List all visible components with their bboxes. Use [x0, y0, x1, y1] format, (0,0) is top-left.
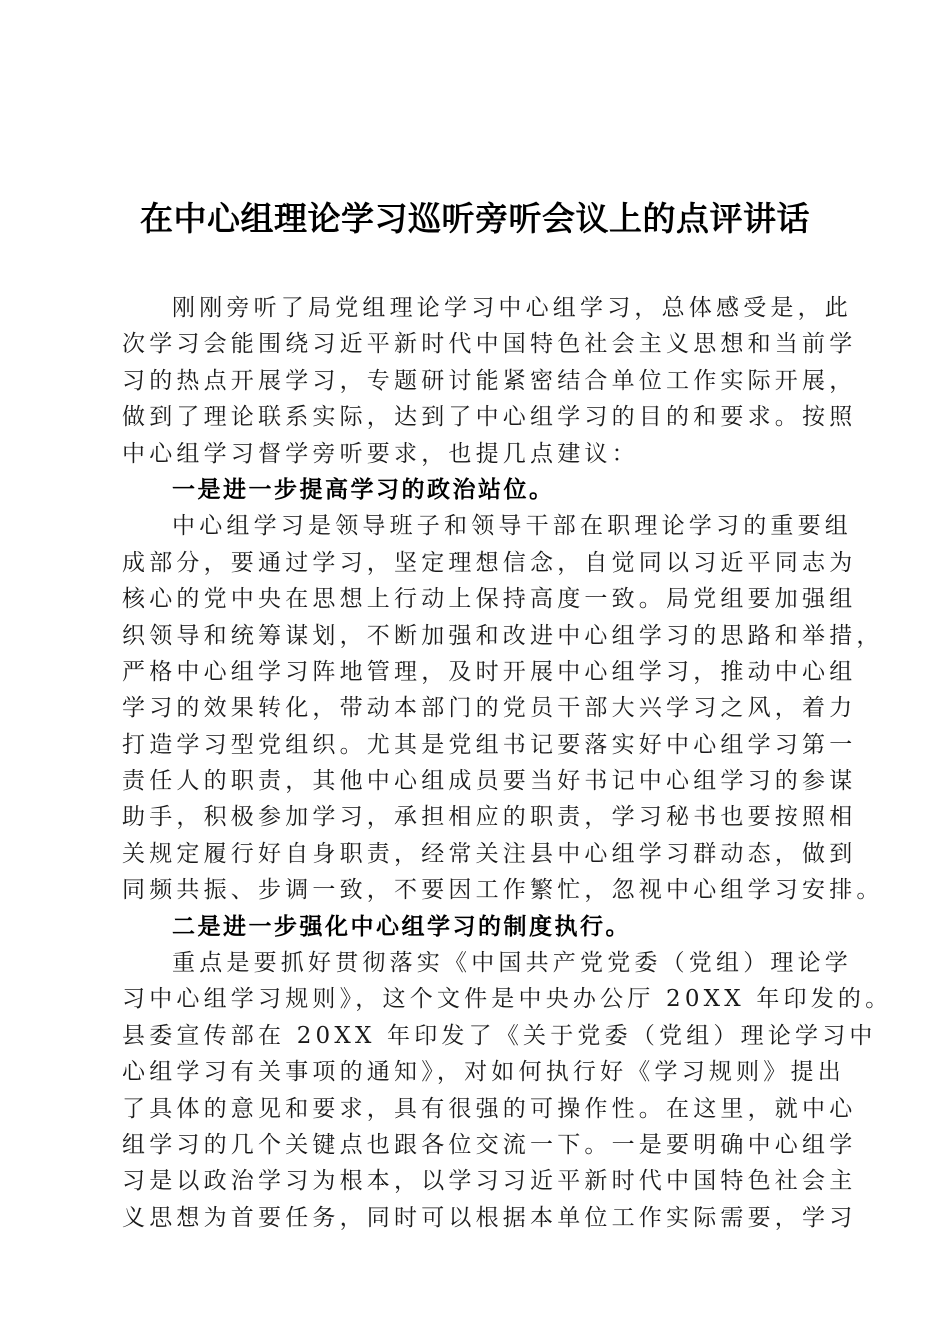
paragraph-line: 做到了理论联系实际，达到了中心组学习的目的和要求。按照	[122, 399, 832, 435]
paragraph-line: 中心组学习是领导班子和领导干部在职理论学习的重要组	[122, 508, 832, 544]
paragraph-line: 了具体的意见和要求，具有很强的可操作性。在这里，就中心	[122, 1091, 832, 1127]
document-page: 在中心组理论学习巡听旁听会议上的点评讲话 刚刚旁听了局党组理论学习中心组学习，总…	[0, 0, 950, 1344]
section-heading-line: 二是进一步强化中心组学习的制度执行。	[122, 909, 832, 945]
paragraph-line: 心组学习有关事项的通知》，对如何执行好《学习规则》提出	[122, 1054, 832, 1090]
paragraph-line: 学习的效果转化，带动本部门的党员干部大兴学习之风，着力	[122, 690, 832, 726]
paragraph-line: 中心组学习督学旁听要求，也提几点建议：	[122, 436, 832, 472]
paragraph-line: 刚刚旁听了局党组理论学习中心组学习，总体感受是，此	[122, 290, 832, 326]
paragraph-line: 成部分，要通过学习，坚定理想信念，自觉同以习近平同志为	[122, 545, 832, 581]
paragraph-line: 县委宣传部在 20XX 年印发了《关于党委（党组）理论学习中	[122, 1018, 832, 1054]
paragraph-line: 关规定履行好自身职责，经常关注县中心组学习群动态，做到	[122, 836, 832, 872]
paragraph-line: 严格中心组学习阵地管理，及时开展中心组学习，推动中心组	[122, 654, 832, 690]
paragraph-line: 义思想为首要任务，同时可以根据本单位工作实际需要，学习	[122, 1200, 832, 1236]
paragraph-line: 习中心组学习规则》，这个文件是中央办公厅 20XX 年印发的。	[122, 981, 832, 1017]
paragraph-line: 责任人的职责，其他中心组成员要当好书记中心组学习的参谋	[122, 763, 832, 799]
paragraph-line: 组学习的几个关键点也跟各位交流一下。一是要明确中心组学	[122, 1127, 832, 1163]
document-title: 在中心组理论学习巡听旁听会议上的点评讲话	[0, 196, 950, 242]
document-body: 刚刚旁听了局党组理论学习中心组学习，总体感受是，此次学习会能围绕习近平新时代中国…	[122, 290, 832, 1236]
section-heading-line: 一是进一步提高学习的政治站位。	[122, 472, 832, 508]
paragraph-line: 同频共振、步调一致，不要因工作繁忙，忽视中心组学习安排。	[122, 872, 832, 908]
paragraph-line: 习的热点开展学习，专题研讨能紧密结合单位工作实际开展，	[122, 363, 832, 399]
paragraph-line: 打造学习型党组织。尤其是党组书记要落实好中心组学习第一	[122, 727, 832, 763]
paragraph-line: 习是以政治学习为根本，以学习习近平新时代中国特色社会主	[122, 1163, 832, 1199]
paragraph-line: 次学习会能围绕习近平新时代中国特色社会主义思想和当前学	[122, 326, 832, 362]
paragraph-line: 织领导和统筹谋划，不断加强和改进中心组学习的思路和举措，	[122, 618, 832, 654]
paragraph-line: 核心的党中央在思想上行动上保持高度一致。局党组要加强组	[122, 581, 832, 617]
paragraph-line: 助手，积极参加学习，承担相应的职责，学习秘书也要按照相	[122, 799, 832, 835]
paragraph-line: 重点是要抓好贯彻落实《中国共产党党委（党组）理论学	[122, 945, 832, 981]
